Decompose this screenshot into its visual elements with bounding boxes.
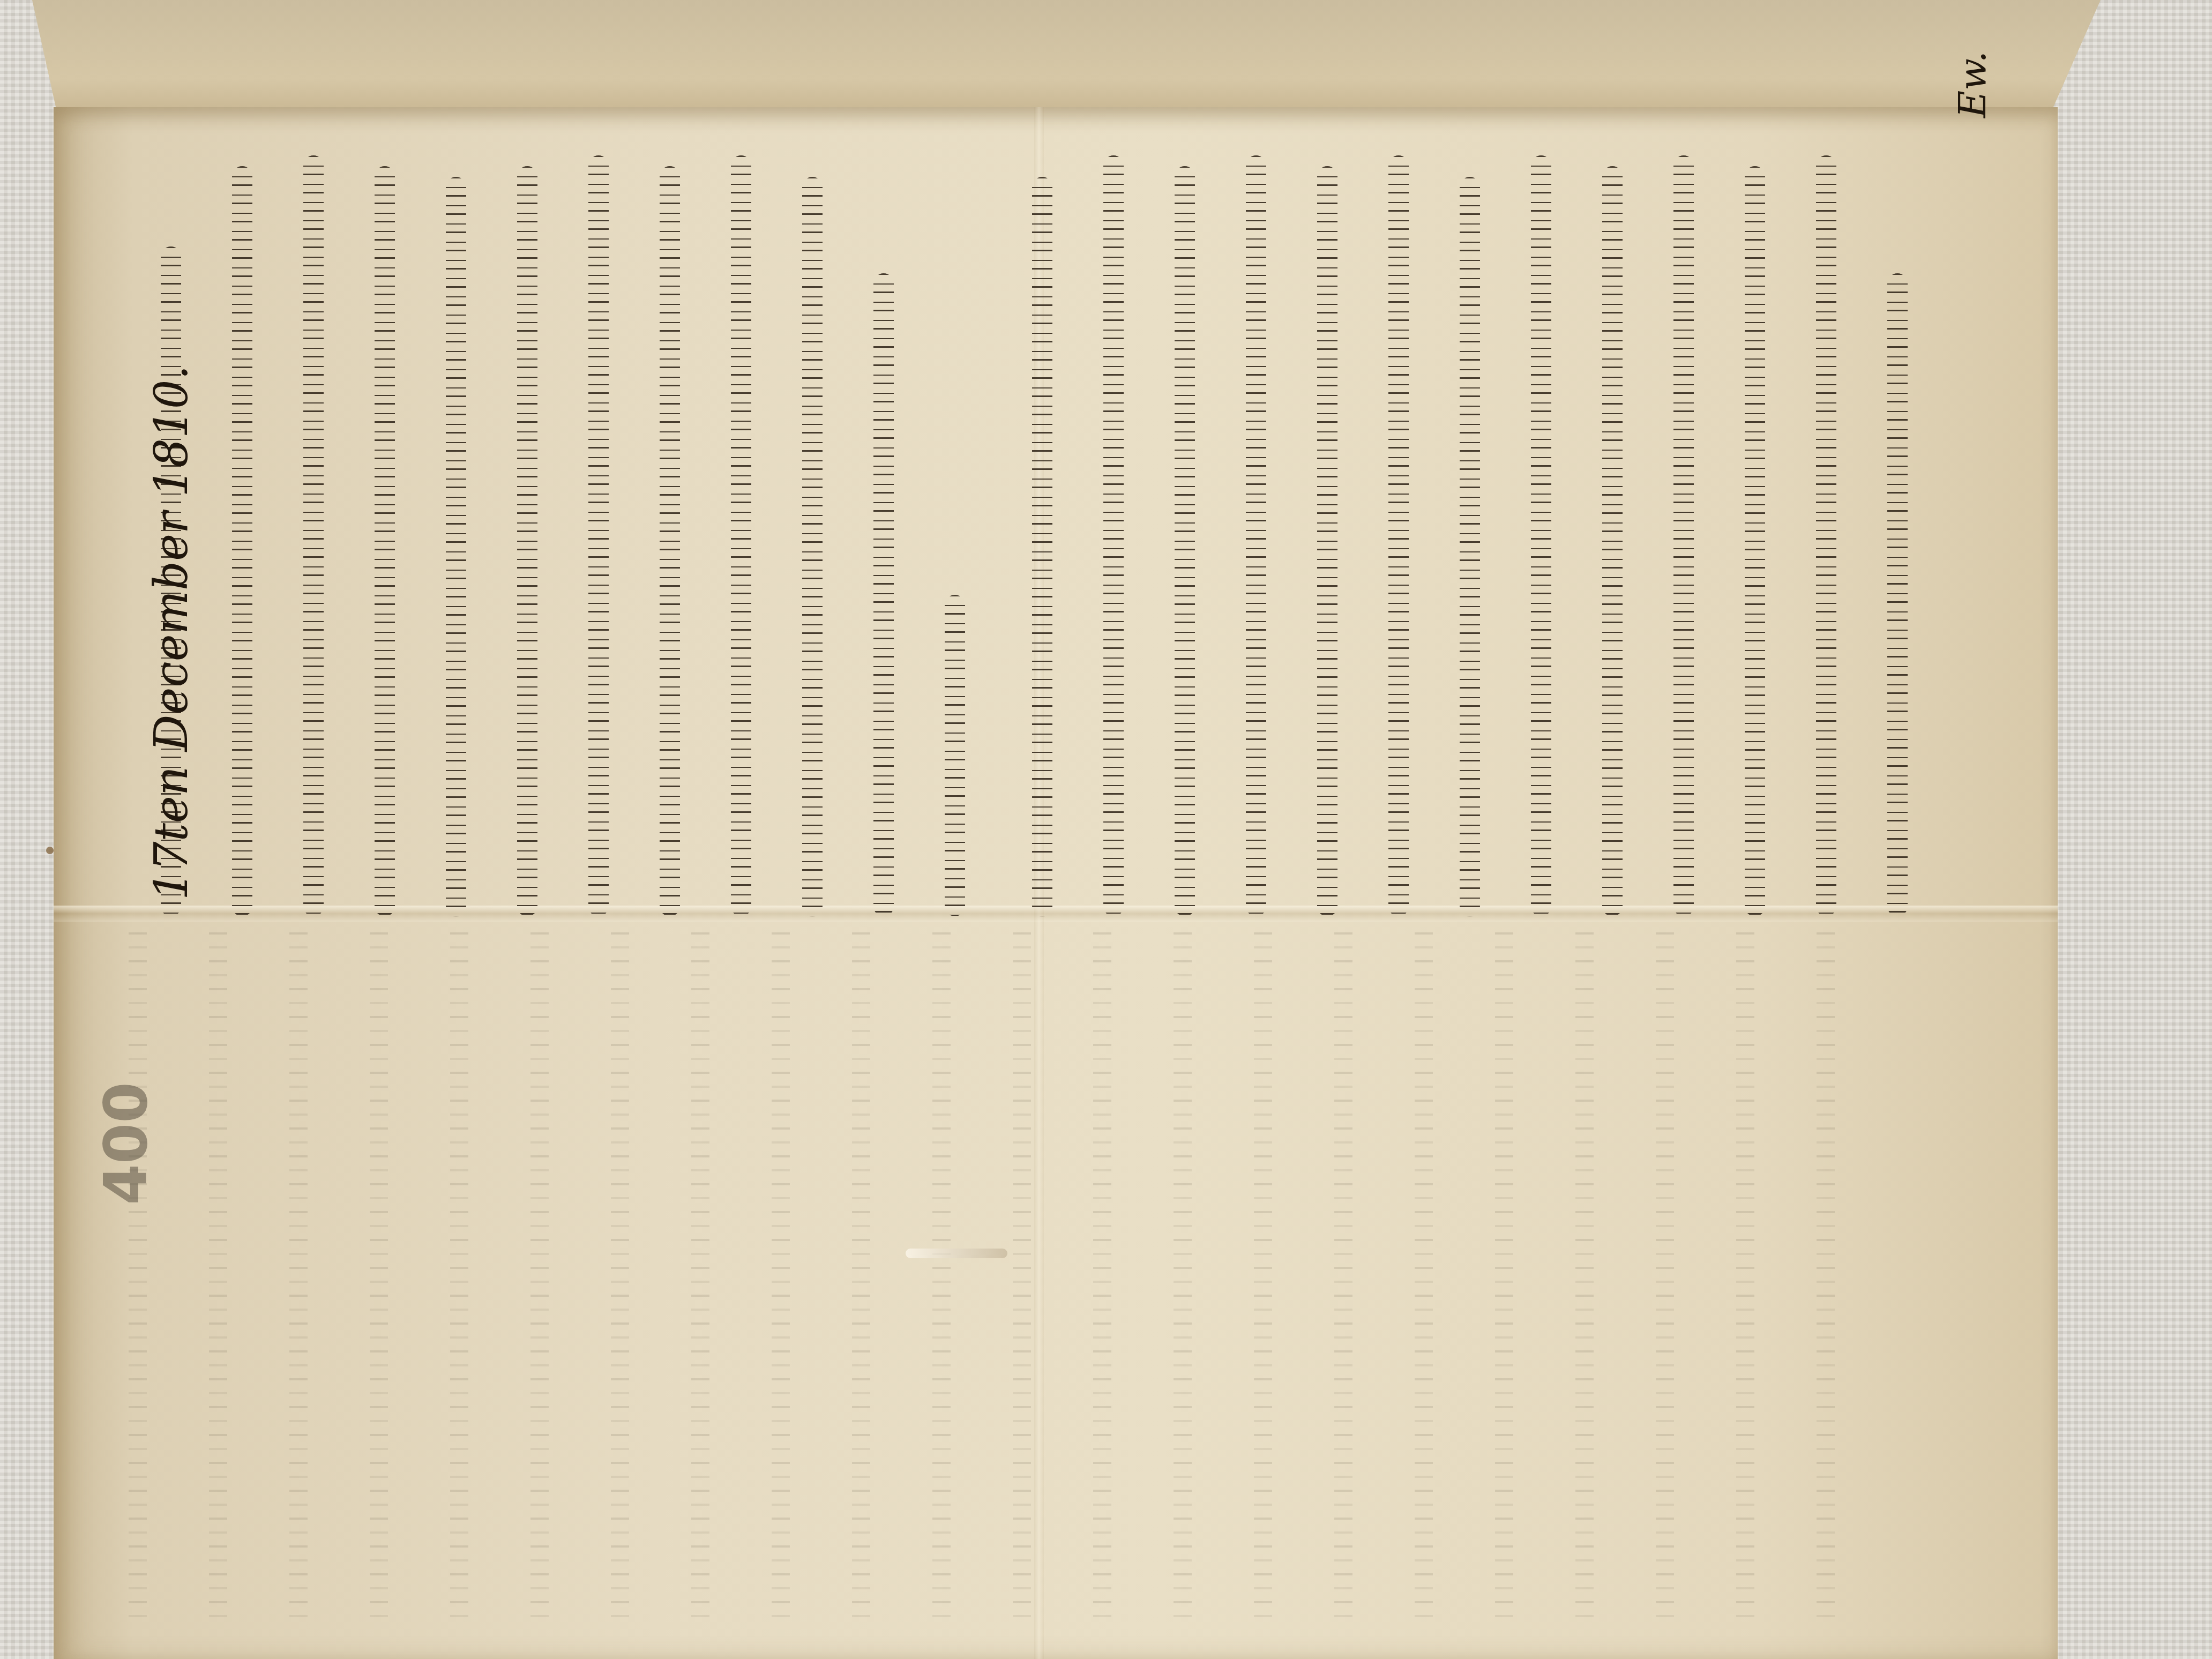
script-line [375,166,395,916]
bleed-line [1736,932,1754,1629]
script-line [1816,155,1836,916]
bleed-line [852,932,870,1629]
bleed-line [1093,932,1111,1629]
bleed-line [1334,932,1352,1629]
script-line [232,166,252,916]
handwritten-text-block [139,123,2015,916]
signature: Ew. [1951,51,1994,118]
date-line: 17ten December 1810. [145,365,198,900]
script-line [1602,166,1623,916]
script-line [303,155,324,916]
script-line [945,595,965,916]
script-line [446,177,466,916]
script-line [1460,177,1480,916]
script-line [1673,155,1694,916]
script-line [873,273,894,916]
date-year: 1810. [145,365,198,497]
script-line [1032,177,1052,916]
paper-crease [906,1249,1007,1258]
bleed-line [370,932,388,1629]
reverse-side-bleed-through [107,932,1929,1629]
script-line [1175,166,1195,916]
script-line [1531,155,1551,916]
bleed-line [530,932,549,1629]
script-line [660,166,680,916]
script-line [1388,155,1409,916]
bleed-line [1254,932,1272,1629]
bleed-line [129,932,147,1629]
script-line [1745,166,1765,916]
ink-spot [46,847,54,854]
script-line [1317,166,1337,916]
bleed-line [932,932,951,1629]
bleed-line [772,932,790,1629]
bleed-line [209,932,227,1629]
archive-number: 400 [92,1082,160,1205]
bleed-line [289,932,308,1629]
folded-flap [32,0,2101,113]
bleed-line [1495,932,1513,1629]
script-line [588,155,609,916]
date-month: December [145,512,198,752]
script-line [1246,155,1266,916]
date-day: 17ten [145,766,198,900]
bleed-line [691,932,709,1629]
script-line [731,155,751,916]
script-line [517,166,537,916]
bleed-line [1575,932,1594,1629]
bleed-line [1013,932,1031,1629]
bleed-line [1817,932,1835,1629]
script-line [802,177,823,916]
script-line [1887,273,1908,916]
script-line [1103,155,1124,916]
bleed-line [1656,932,1674,1629]
bleed-line [1415,932,1433,1629]
bleed-line [1174,932,1192,1629]
bleed-line [611,932,629,1629]
bleed-line [450,932,468,1629]
